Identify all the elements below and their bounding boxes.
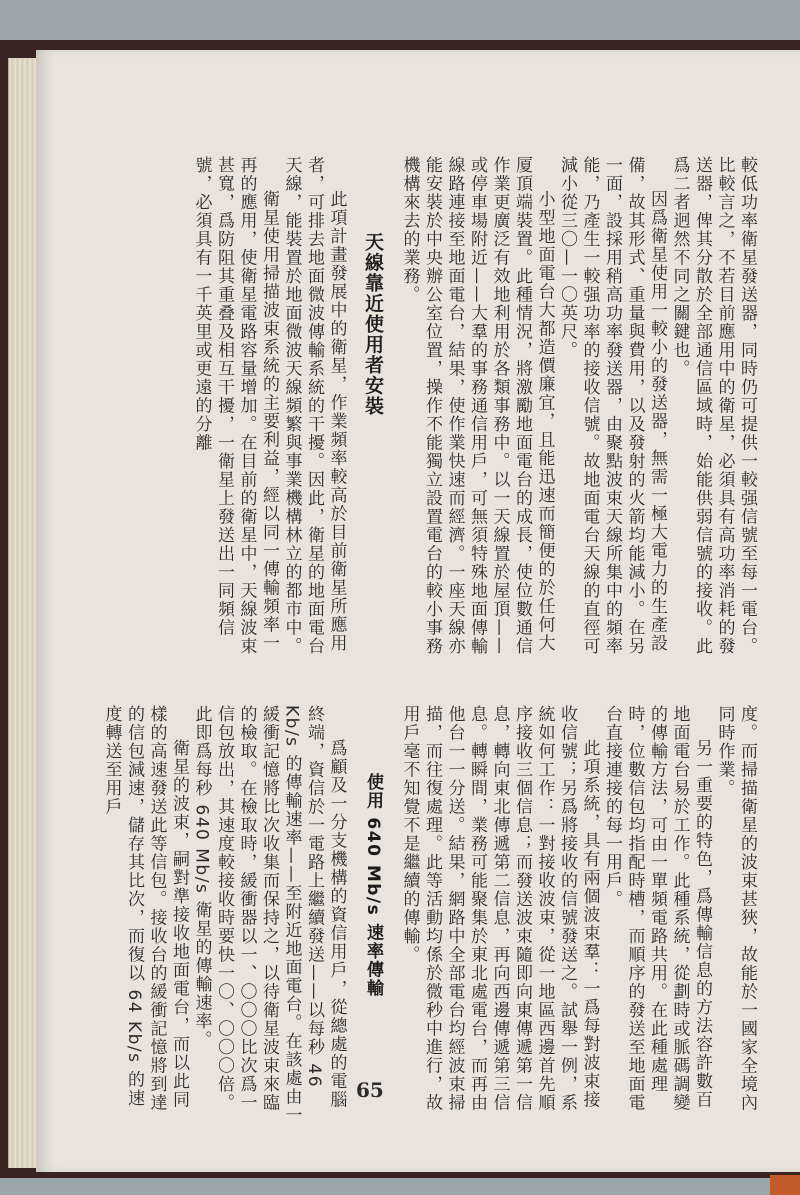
paragraph: 此項計畫發展中的衛星，作業頻率較高於目前衛星所應用者，可排去地面微波傳輸系統的干… [280,156,348,656]
page-number: 65 [356,1078,384,1102]
top-text-section: 較低功率衛星發送器，同時仍可提供一較强信號至每一電台。比較言之，不若目前應用中的… [190,156,758,656]
paragraph: 爲顧及一分支機構的資信用戶，從總處的電腦終端，資信於一電路上繼續發送——以每秒 … [190,705,348,1125]
section-heading: 天線靠近使用者安裝 [362,156,385,656]
paragraph: 小型地面電台大都造價廉宜，且能迅速而簡便的於任何大厦頂端裝置。此種情況，將激勵地… [398,156,556,656]
cover-corner [770,1175,800,1195]
paragraph: 衛星使用掃描波束系統的主要利益，經以同一傳輸頻率一再的應用，使衛星電路容量增加。… [190,156,280,656]
paragraph: 較低功率衛星發送器，同時仍可提供一較强信號至每一電台。比較言之，不若目前應用中的… [668,156,758,656]
paragraph: 另一重要的特色，爲傳輸信息的方法容許數百地面電台易於工作。此種系統，從劃時或脈碼… [601,705,714,1125]
paragraph: 此項系統，具有兩個波束羣：一爲每對波束接收信號；另爲將接收的信號發送之。試舉一例… [398,705,601,1125]
paragraph: 因爲衛星使用一較小的發送器，無需一極大電力的生產設備，故其形式、重量與費用，以及… [556,156,669,656]
paragraph: 度。而掃描衛星的波束甚狹，故能於一國家全境內同時作業。 [713,705,758,1125]
paragraph: 衛星的波束，嗣對準接收地面電台，而以此同樣的高速發送此等信包。接收台的緩衝記憶將… [100,705,190,1125]
bottom-text-section: 度。而掃描衛星的波束甚狹，故能於一國家全境內同時作業。 另一重要的特色，爲傳輸信… [100,705,758,1125]
section-heading: 使用 640 Mb/s 速率傳輸 [362,705,385,1125]
book-page: 較低功率衛星發送器，同時仍可提供一較强信號至每一電台。比較言之，不若目前應用中的… [36,50,800,1172]
